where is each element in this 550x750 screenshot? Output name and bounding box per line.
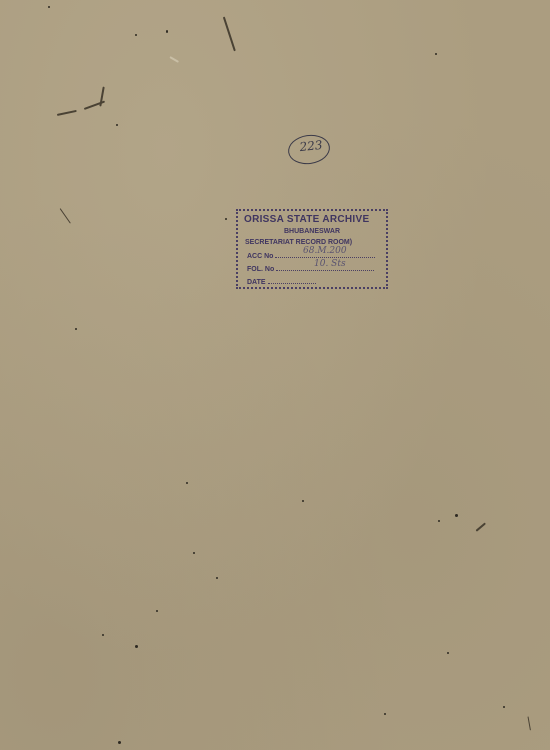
paper-fiber: [223, 17, 236, 52]
paper-fiber: [57, 110, 77, 116]
archive-stamp: ORISSA STATE ARCHIVE BHUBANESWAR SECRETA…: [236, 209, 388, 289]
field-value-fol-no: 10. Sts: [314, 259, 346, 269]
paper-speck: [193, 552, 195, 554]
paper-speck: [102, 634, 104, 636]
paper-speck: [216, 577, 218, 579]
paper-fiber: [100, 87, 105, 107]
paper-speck: [135, 645, 138, 648]
paper-fiber: [60, 208, 71, 223]
paper-speck: [438, 520, 440, 522]
paper-speck: [48, 6, 50, 8]
paper-speck: [156, 610, 158, 612]
field-label: ACC No: [247, 253, 273, 260]
paper-speck: [75, 328, 77, 330]
field-value-acc-no: 68.M.200: [303, 246, 347, 256]
stamp-field-date: DATE: [247, 277, 316, 286]
paper-fiber: [476, 522, 486, 531]
paper-speck: [302, 500, 304, 502]
paper-speck: [225, 218, 227, 220]
paper-speck: [384, 713, 386, 715]
paper-fiber: [528, 716, 531, 730]
paper-speck: [186, 482, 188, 484]
stamp-city: BHUBANESWAR: [238, 228, 386, 235]
paper-speck: [166, 30, 168, 33]
paper-speck: [116, 124, 118, 126]
paper-speck: [118, 741, 121, 744]
paper-speck: [447, 652, 449, 654]
paper-speck: [135, 34, 137, 36]
field-line: [268, 277, 316, 284]
field-label: DATE: [247, 279, 266, 286]
stamp-field-fol-no: FOL. No: [247, 264, 374, 273]
paper-speck: [503, 706, 505, 708]
paper-speck: [435, 53, 437, 55]
field-label: FOL. No: [247, 266, 274, 273]
stamp-department: SECRETARIAT RECORD ROOM): [245, 239, 352, 246]
paper-fiber: [170, 56, 179, 62]
paper-speck: [455, 514, 458, 517]
document-page: 223 ORISSA STATE ARCHIVE BHUBANESWAR SEC…: [0, 0, 550, 750]
stamp-title: ORISSA STATE ARCHIVE: [244, 214, 369, 225]
